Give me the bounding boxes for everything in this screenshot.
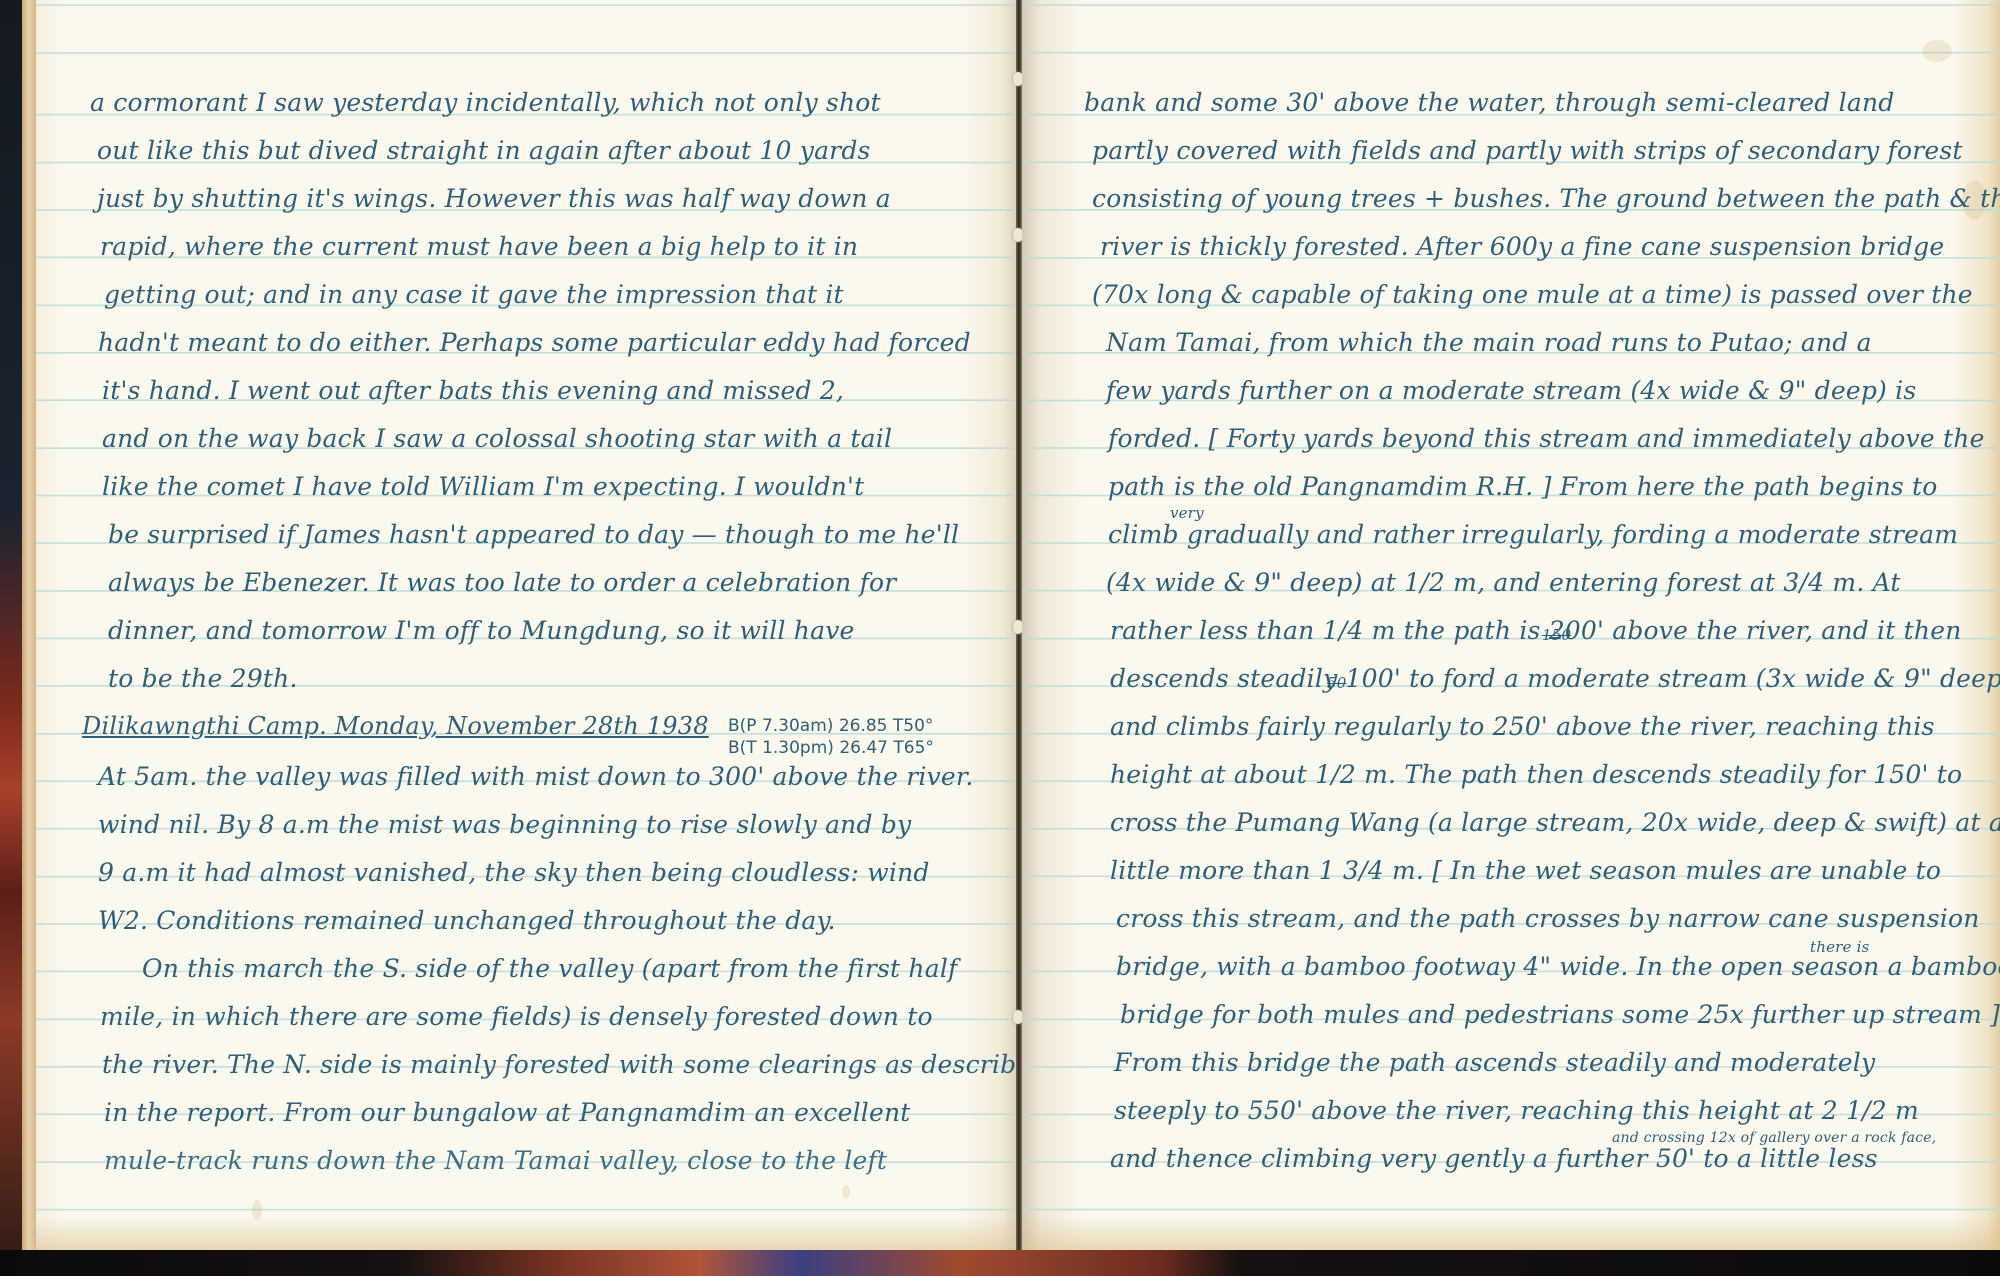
- text-line: path is the old Pangnamdim R.H. ] From h…: [1108, 472, 1938, 501]
- text-line: forded. [ Forty yards beyond this stream…: [1108, 424, 1985, 453]
- foxing-spot: [842, 1185, 850, 1199]
- weather-reading-afternoon: B(T 1.30pm) 26.47 T65°: [728, 738, 934, 758]
- text-line: in the report. From our bungalow at Pang…: [104, 1098, 911, 1127]
- text-line: consisting of young trees + bushes. The …: [1092, 184, 2000, 213]
- text-line: height at about 1/2 m. The path then des…: [1110, 760, 1962, 789]
- text-line: From this bridge the path ascends steadi…: [1114, 1048, 1875, 1077]
- text-line: steeply to 550' above the river, reachin…: [1114, 1096, 1919, 1125]
- text-line: (4x wide & 9" deep) at 1/2 m, and enteri…: [1106, 568, 1901, 597]
- text-line: little more than 1 3/4 m. [ In the wet s…: [1110, 856, 1941, 885]
- text-line: few yards further on a moderate stream (…: [1106, 376, 1916, 405]
- text-line: bridge, with a bamboo footway 4" wide. I…: [1116, 952, 2000, 981]
- text-line: mile, in which there are some fields) is…: [100, 1002, 933, 1031]
- text-line: dinner, and tomorrow I'm off to Mungdung…: [108, 616, 855, 645]
- page-edge: [22, 0, 36, 1252]
- foxing-spot: [1922, 40, 1952, 62]
- weather-reading-morning: B(P 7.30am) 26.85 T50°: [728, 716, 933, 736]
- insertion-very: very: [1170, 504, 1204, 522]
- text-line: cross this stream, and the path crosses …: [1116, 904, 1980, 933]
- insertion-there-is: there is: [1810, 938, 1869, 956]
- entry-heading: Dilikawngthi Camp. Monday, November 28th…: [82, 712, 709, 740]
- struck-value-50: 50: [1327, 674, 1347, 692]
- water-stain: [1022, 1216, 2000, 1252]
- text-line: hadn't meant to do either. Perhaps some …: [98, 328, 971, 357]
- text-line: to be the 29th.: [108, 664, 298, 693]
- text-line: and thence climbing very gently a furthe…: [1110, 1144, 1878, 1173]
- text-line: wind nil. By 8 a.m the mist was beginnin…: [98, 810, 911, 839]
- text-line: descends steadily 100' to ford a moderat…: [1110, 664, 2000, 693]
- text-line: climb gradually and rather irregularly, …: [1108, 520, 1958, 549]
- right-page: bank and some 30' above the water, throu…: [1022, 0, 2000, 1252]
- text-line: like the comet I have told William I'm e…: [102, 472, 864, 501]
- text-line: bank and some 30' above the water, throu…: [1084, 88, 1894, 117]
- text-line: getting out; and in any case it gave the…: [104, 280, 844, 309]
- text-line: and climbs fairly regularly to 250' abov…: [1110, 712, 1935, 741]
- water-stain: [22, 1216, 1018, 1252]
- book-cover-bottom-edge: [0, 1250, 2000, 1276]
- text-line: cross the Pumang Wang (a large stream, 2…: [1110, 808, 2000, 837]
- text-line: 9 a.m it had almost vanished, the sky th…: [98, 858, 930, 887]
- text-line: always be Ebenezer. It was too late to o…: [108, 568, 896, 597]
- text-line: partly covered with fields and partly wi…: [1092, 136, 1963, 165]
- text-line: At 5am. the valley was filled with mist …: [98, 762, 973, 791]
- text-line: and on the way back I saw a colossal sho…: [102, 424, 892, 453]
- text-line: W2. Conditions remained unchanged throug…: [98, 906, 836, 935]
- text-line: rather less than 1/4 m the path is 200' …: [1110, 616, 1962, 645]
- left-page: a cormorant I saw yesterday incidentally…: [22, 0, 1018, 1252]
- text-line: a cormorant I saw yesterday incidentally…: [90, 88, 881, 117]
- text-line: river is thickly forested. After 600y a …: [1100, 232, 1944, 261]
- struck-value-150: 150: [1542, 626, 1571, 644]
- text-line: just by shutting it's wings. However thi…: [97, 184, 891, 213]
- text-line: mule-track runs down the Nam Tamai valle…: [104, 1146, 887, 1175]
- text-line: (70x long & capable of taking one mule a…: [1092, 280, 1973, 309]
- text-line: out like this but dived straight in agai…: [97, 136, 871, 165]
- text-line: On this march the S. side of the valley …: [142, 954, 957, 983]
- text-line: Nam Tamai, from which the main road runs…: [1106, 328, 1872, 357]
- text-line: bridge for both mules and pedestrians so…: [1120, 1000, 2000, 1029]
- text-line: rapid, where the current must have been …: [100, 232, 858, 261]
- text-line: be surprised if James hasn't appeared to…: [108, 520, 959, 549]
- text-line: the river. The N. side is mainly foreste…: [102, 1050, 1018, 1079]
- text-line: it's hand. I went out after bats this ev…: [102, 376, 844, 405]
- book-cover-marbled-edge: [0, 0, 22, 1276]
